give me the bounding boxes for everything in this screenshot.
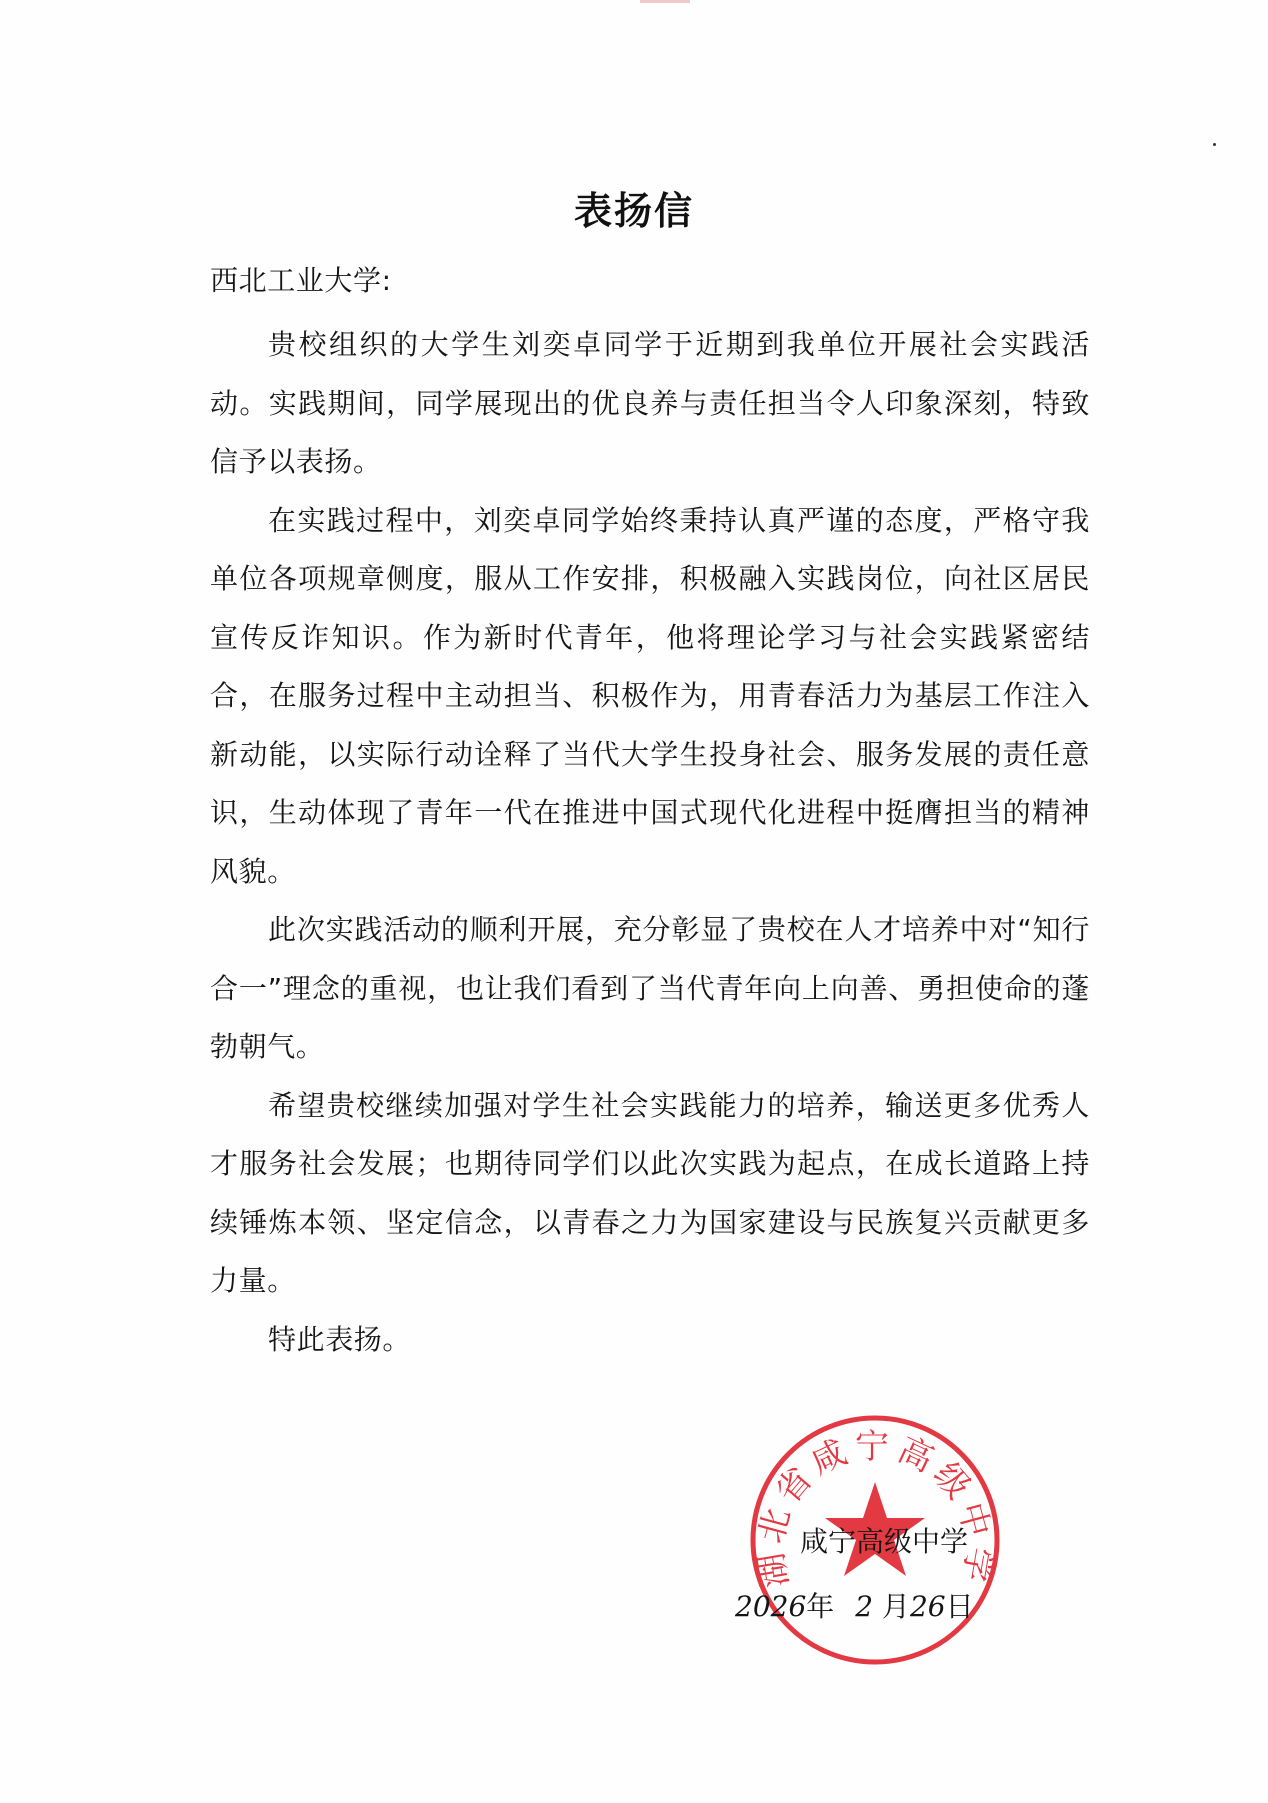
scan-artifact — [640, 0, 690, 3]
date-month-suffix: 月 — [882, 1590, 910, 1623]
date-year: 2026 — [735, 1590, 806, 1623]
letter-body: 西北工业大学: 贵校组织的大学生刘奕卓同学于近期到我单位开展社会实践活动。实践期… — [210, 252, 1090, 1369]
paragraph-2: 在实践过程中，刘奕卓同学始终秉持认真严谨的态度，严格守我单位各项规章侧度，服从工… — [210, 492, 1090, 902]
signature-org: 咸宁高级中学 — [800, 1520, 968, 1560]
date-day: 26 — [910, 1590, 946, 1623]
date-month: 2 — [855, 1590, 873, 1623]
salutation: 西北工业大学: — [210, 252, 1090, 316]
paragraph-1: 贵校组织的大学生刘奕卓同学于近期到我单位开展社会实践活动。实践期间，同学展现出的… — [210, 316, 1090, 492]
scan-speck — [1213, 143, 1216, 146]
date-year-suffix: 年 — [806, 1590, 834, 1623]
letter-title: 表扬信 — [0, 180, 1268, 235]
date-day-suffix: 日 — [946, 1590, 974, 1623]
letter-page: 表扬信 西北工业大学: 贵校组织的大学生刘奕卓同学于近期到我单位开展社会实践活动… — [0, 0, 1268, 1803]
closing-line: 特此表扬。 — [210, 1311, 1090, 1370]
signature-date: 2026年 2 月26日 — [735, 1585, 974, 1625]
paragraph-3: 此次实践活动的顺利开展，充分彰显了贵校在人才培养中对“知行合一”理念的重视，也让… — [210, 901, 1090, 1077]
paragraph-4: 希望贵校继续加强对学生社会实践能力的培养，输送更多优秀人才服务社会发展；也期待同… — [210, 1077, 1090, 1311]
